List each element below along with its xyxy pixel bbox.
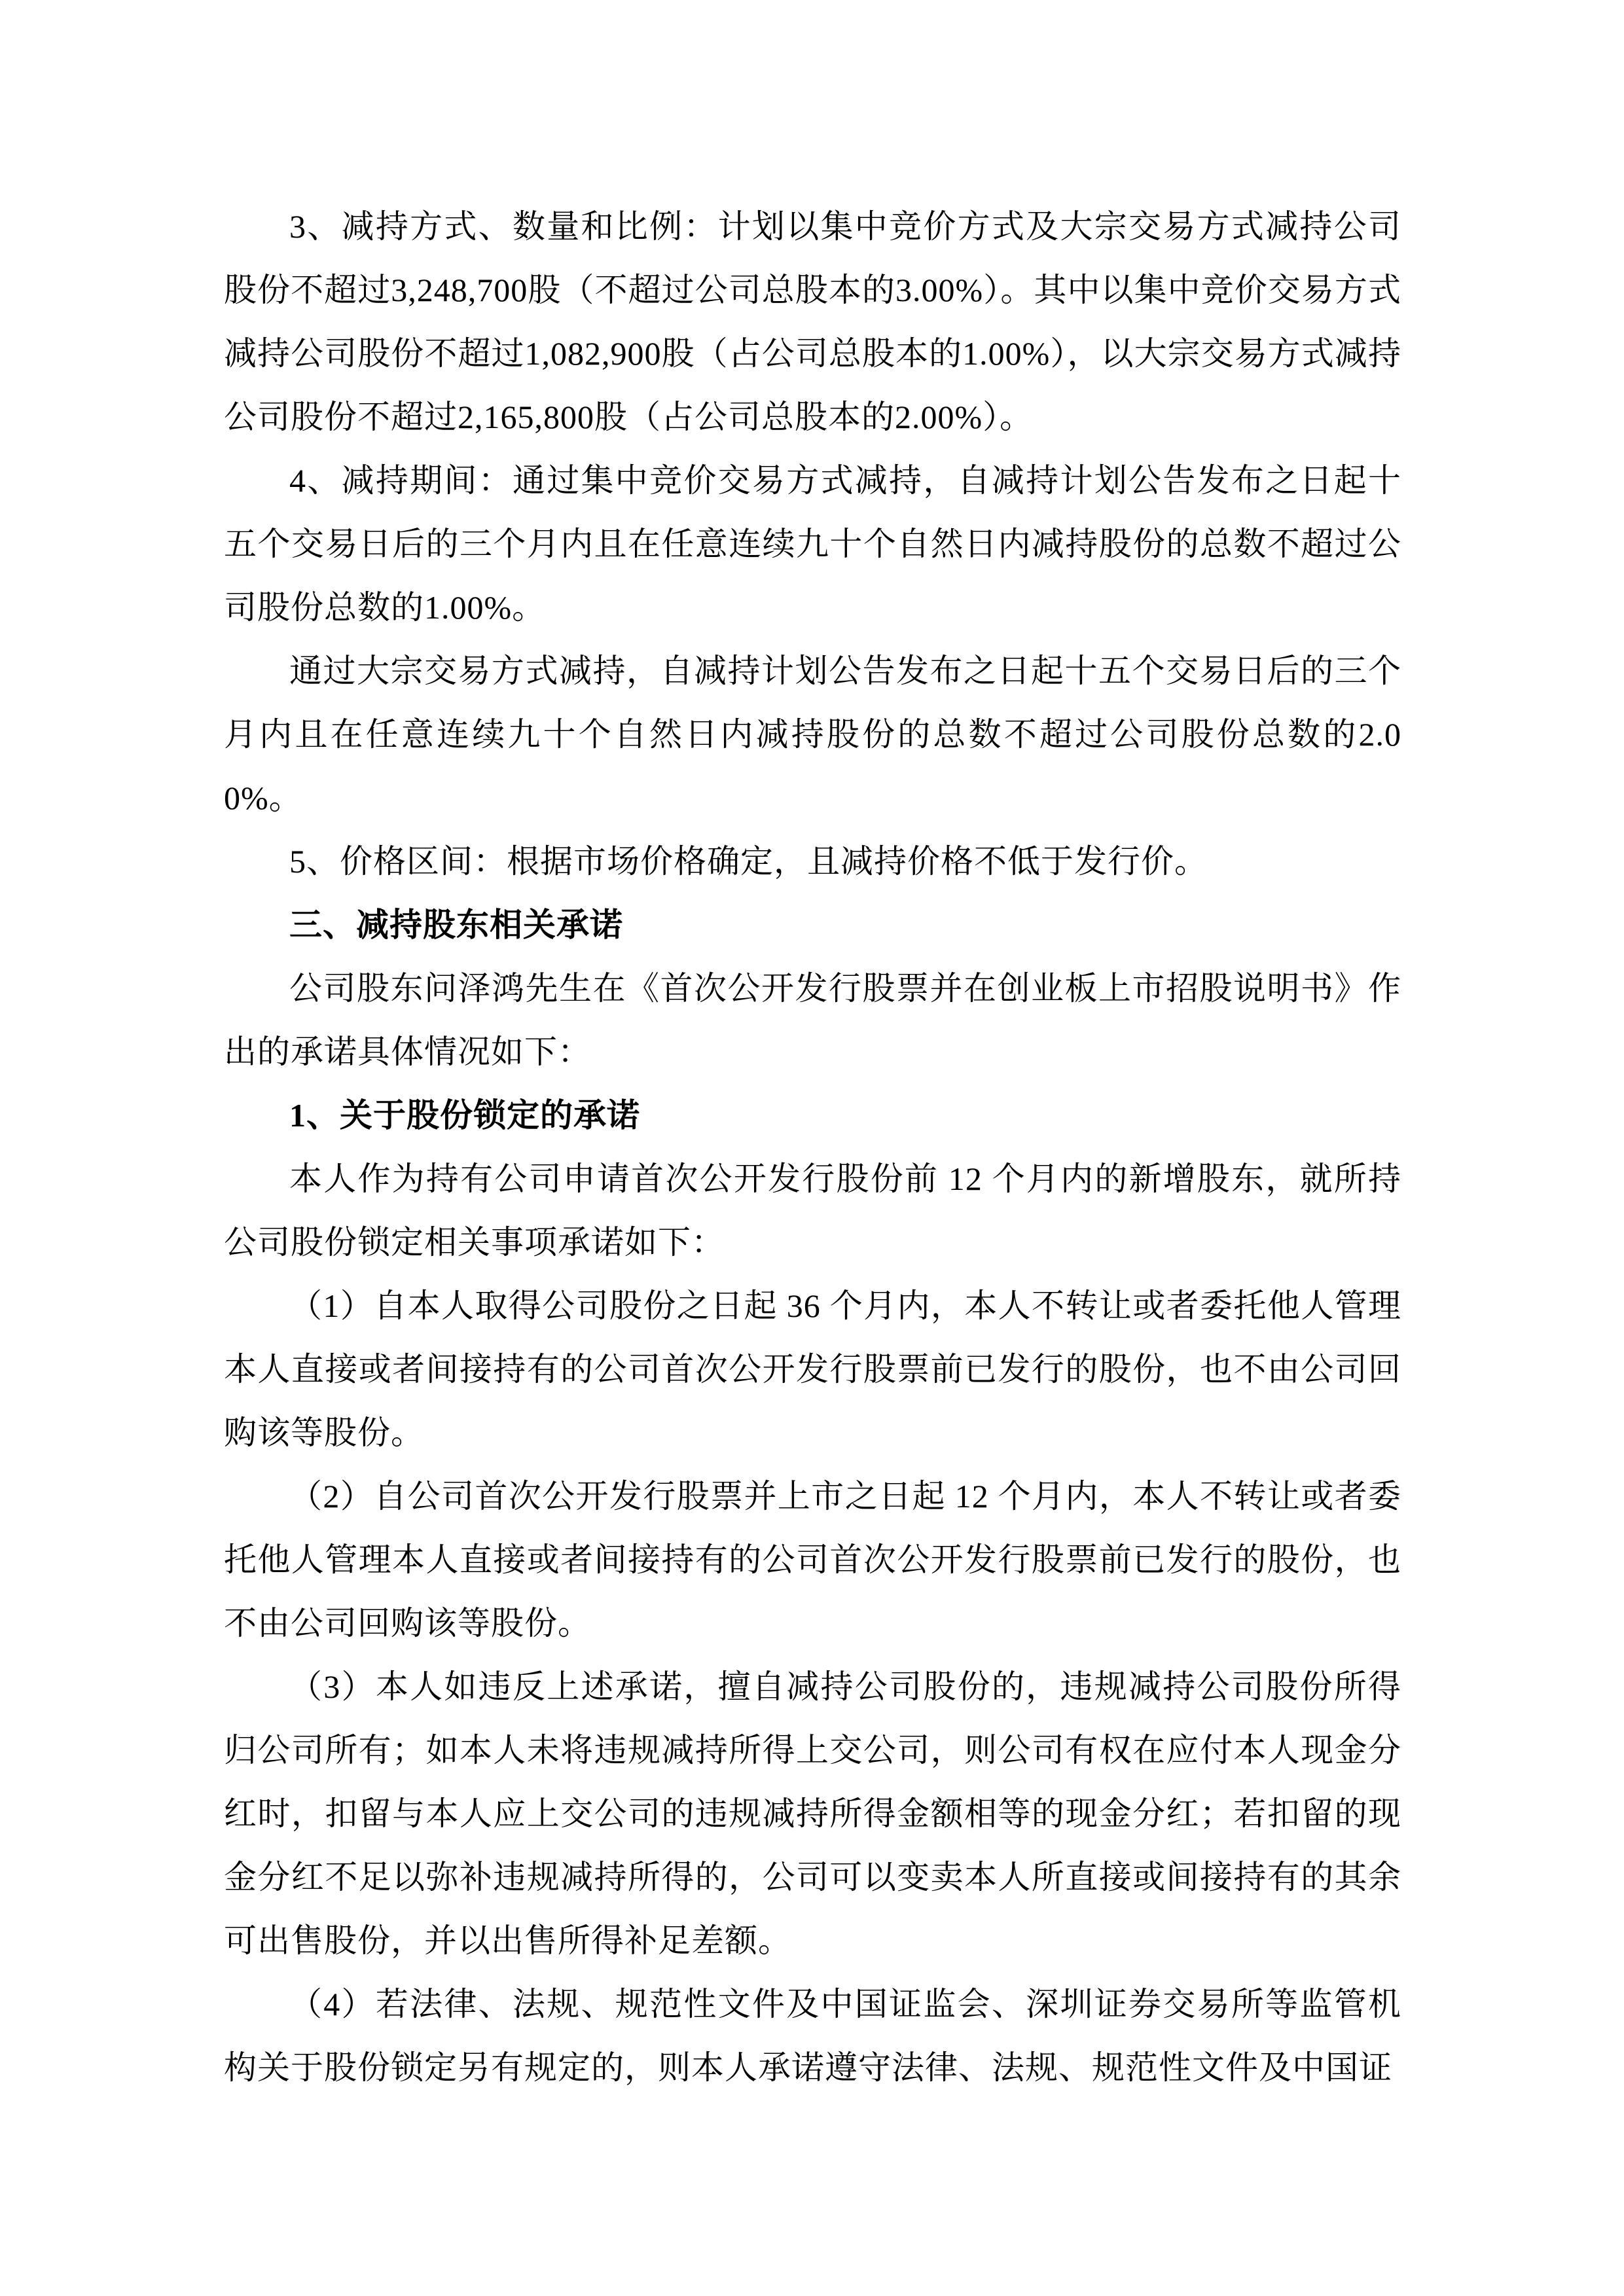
- para-lockup-item-4: （4）若法律、法规、规范性文件及中国证监会、深圳证券交易所等监管机构关于股份锁定…: [224, 1973, 1401, 2100]
- para-lockup-item-2: （2）自公司首次公开发行股票并上市之日起 12 个月内，本人不转让或者委托他人管…: [224, 1465, 1401, 1655]
- para-lockup-intro: 本人作为持有公司申请首次公开发行股份前 12 个月内的新增股东，就所持公司股份锁…: [224, 1147, 1401, 1274]
- para-lockup-item-1: （1）自本人取得公司股份之日起 36 个月内，本人不转让或者委托他人管理本人直接…: [224, 1274, 1401, 1465]
- para-price-range: 5、价格区间：根据市场价格确定，且减持价格不低于发行价。: [224, 830, 1401, 893]
- para-reduction-method-quantity-ratio: 3、减持方式、数量和比例：计划以集中竞价方式及大宗交易方式减持公司股份不超过3,…: [224, 195, 1401, 449]
- heading-share-lockup-commitment: 1、关于股份锁定的承诺: [224, 1084, 1401, 1147]
- document-body: 3、减持方式、数量和比例：计划以集中竞价方式及大宗交易方式减持公司股份不超过3,…: [224, 195, 1401, 2100]
- document-page: 3、减持方式、数量和比例：计划以集中竞价方式及大宗交易方式减持公司股份不超过3,…: [0, 0, 1624, 2296]
- para-commitment-intro: 公司股东问泽鸿先生在《首次公开发行股票并在创业板上市招股说明书》作出的承诺具体情…: [224, 957, 1401, 1084]
- para-lockup-item-3: （3）本人如违反上述承诺，擅自减持公司股份的，违规减持公司股份所得归公司所有；如…: [224, 1655, 1401, 1973]
- para-reduction-period-block-trade: 通过大宗交易方式减持，自减持计划公告发布之日起十五个交易日后的三个月内且在任意连…: [224, 639, 1401, 830]
- heading-shareholder-commitments: 三、减持股东相关承诺: [224, 893, 1401, 957]
- para-reduction-period-auction: 4、减持期间：通过集中竞价交易方式减持，自减持计划公告发布之日起十五个交易日后的…: [224, 449, 1401, 639]
